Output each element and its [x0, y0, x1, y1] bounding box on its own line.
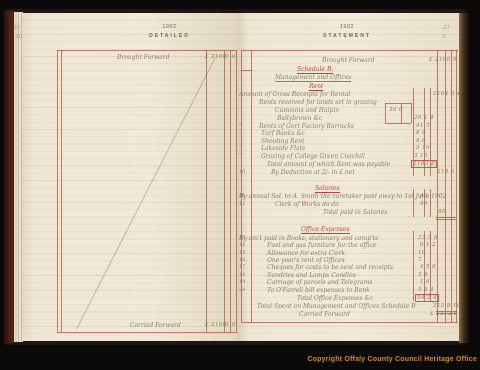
ledger-row: Ballybrown &c20 1 4: [237, 115, 459, 123]
ledger-entry-text: By annual Sal. to A. Smith the caretaker…: [239, 193, 446, 200]
rule-line: [436, 217, 456, 218]
ledger-entry-text: By Deduction at 2/- in £ net: [271, 169, 355, 176]
ledger-entry-text: Fuel and gas furniture for the office: [267, 242, 376, 249]
ledger-entry-text: Rents of Gort Factory Barracks: [259, 123, 354, 130]
ledger-entry-text: Cummins and Halpin: [275, 107, 339, 114]
ledger-row: Rents received for lands set in grazing: [237, 99, 459, 107]
rule-line: [430, 231, 431, 301]
ledger-entry-text: Total amount of which Rent was payable: [267, 161, 390, 168]
ledger-entry-text: Brought Forward: [117, 54, 170, 61]
rule-line: [61, 50, 62, 332]
ledger-row: 20To O'Farrell bill expenses to Bank5 8 …: [237, 287, 459, 295]
copyright-watermark: Copyright Offaly County Council Heritage…: [307, 356, 477, 363]
rule-line: [206, 50, 207, 332]
ledger-photo: 1902 DETAILED Brought Forward£ 210000Car…: [0, 0, 480, 370]
ledger-entry-text: Rents received for lands set in grazing: [259, 99, 377, 106]
ledger-row: Salaries: [237, 185, 459, 193]
ledger-amount: 5 10: [416, 145, 430, 151]
rule-line: [241, 50, 458, 51]
left-folio-number: 20: [13, 25, 20, 31]
rule-line: [241, 322, 458, 323]
rule-line: [430, 88, 431, 176]
ledger-row: Brought Forward£ 210000: [22, 54, 237, 62]
ledger-row: Management and Offices: [237, 74, 459, 82]
margin-item-number: 10: [239, 169, 245, 175]
margin-item-number: 20: [239, 287, 245, 293]
ledger-entry-text: To O'Farrell bill expenses to Bank: [267, 287, 370, 294]
ledger-row: Carried Forward£ 210000: [22, 322, 237, 330]
ledger-row: Schedule B.: [237, 66, 459, 74]
ledger-entry-text: Sundries and Lamps Candles: [267, 272, 356, 279]
ledger-entry-text: Clerk of Works do do: [275, 201, 339, 208]
ledger-row: Carried Forward£ 2312 8 10: [237, 311, 459, 319]
rule-line: [224, 50, 225, 332]
rule-line: [437, 50, 438, 322]
ledger-entry-text: Carriage of parcels and Telegrams: [267, 279, 372, 286]
ledger-row: Total amount of which Rent was payable21…: [237, 161, 459, 169]
ledger-entry-text: Turf Banks &c: [261, 130, 305, 137]
ledger-entry-text: Total Office Expenses &c: [297, 295, 373, 302]
rule-line: [430, 189, 431, 217]
ledger-row: "Turf Banks &c8 9: [237, 130, 459, 138]
margin-item-number: 12: [239, 201, 245, 207]
ledger-row: Total paid in Salaries80: [237, 209, 459, 217]
rule-line: [424, 189, 425, 217]
rule-line: [456, 50, 457, 322]
ledger-row: 14Fuel and gas furniture for the office6…: [237, 242, 459, 250]
ledger-amount: 3 9: [418, 272, 428, 278]
rule-line: [436, 219, 456, 220]
ledger-amount: 4 5 6: [420, 264, 436, 270]
margin-item-number: 18: [239, 272, 245, 278]
rule-line: [401, 103, 402, 123]
rule-line: [413, 88, 414, 176]
ledger-amount: 41 3: [416, 123, 430, 129]
ledger-entry-text: Cheques for costs to be sent and receipt…: [267, 264, 393, 271]
ledger-amount: 5 8 4: [418, 287, 434, 293]
ledger-row: 11By annual Sal. to A. Smith the caretak…: [237, 193, 459, 201]
ledger-amount: 54 2 4: [416, 295, 438, 301]
book-fore-edge: [459, 13, 469, 343]
ledger-entry-text: Salaries: [315, 185, 340, 193]
ledger-row: Office Expenses: [237, 226, 459, 234]
right-page-entries: Brought Forward£ 2100 0 0Schedule B.Mana…: [237, 13, 459, 341]
right-folio-number: 21: [443, 25, 450, 31]
rule-line: [385, 103, 386, 123]
rule-line: [57, 50, 237, 51]
rule-line: [424, 231, 425, 301]
ledger-entry-text: Lakeside Flats: [261, 145, 305, 152]
rule-line: [230, 50, 231, 332]
margin-item-number: 17: [239, 264, 245, 270]
rule-line: [241, 70, 251, 71]
right-page: 1902 STATEMENT Brought Forward£ 2100 0 0…: [237, 13, 459, 341]
rule-line: [251, 50, 252, 322]
rule-line: [436, 311, 456, 312]
ledger-entry-text: Management and Offices: [275, 74, 351, 82]
rule-line: [413, 231, 414, 301]
ledger-entry-text: Ballybrown &c: [277, 115, 322, 122]
ledger-amount: 0: [225, 54, 229, 60]
margin-item-number: 15: [239, 250, 245, 256]
ledger-amount: 23 5 6: [418, 235, 438, 241]
ledger-row: Cummins and Halpin30 0: [237, 107, 459, 115]
margin-item-number: 11: [239, 193, 245, 199]
ledger-entry-text: One year's rent of Offices: [267, 257, 345, 264]
ledger-row: 10By Deduction at 2/- in £ net218 6: [237, 169, 459, 177]
ledger-entry-text: Total Spent on Management and Offices Sc…: [257, 303, 416, 310]
ledger-amount: 7: [418, 257, 422, 263]
ledger-row: Amount of Gross Receipts for Rental2104 …: [237, 91, 459, 99]
ledger-row: Brought Forward£ 2100 0 0: [237, 57, 459, 65]
ledger-row: 12Clerk of Works do do40: [237, 201, 459, 209]
ledger-entry-text: Carried Forward: [299, 311, 350, 318]
left-page-entries: Brought Forward£ 210000Carried Forward£ …: [22, 13, 237, 341]
ledger-row: Total Spent on Management and Offices Sc…: [237, 303, 459, 311]
ledger-entry-text: Allowance for extra Clerk: [267, 250, 345, 257]
right-folio-mark: 2: [442, 34, 446, 40]
rule-line: [385, 103, 411, 104]
ledger-row: "Grazing of College Green Coachill3 10: [237, 153, 459, 161]
ledger-entry-text: Total paid in Salaries: [323, 209, 387, 216]
ledger-entry-text: Schedule B.: [297, 66, 333, 74]
rule-line: [57, 50, 58, 332]
rule-line: [385, 123, 411, 124]
ledger-amount: 6 1 2: [420, 242, 436, 248]
rule-line: [451, 50, 452, 322]
margin-item-number: 16: [239, 257, 245, 263]
ledger-entry-text: Office Expenses: [301, 226, 350, 234]
margin-item-number: 19: [239, 279, 245, 285]
ledger-entry-text: Rent: [309, 83, 323, 91]
ledger-amount: 0: [225, 322, 229, 328]
ledger-entry-text: Amount of Gross Receipts for Rental: [239, 91, 350, 98]
rule-line: [413, 189, 414, 217]
ledger-entry-text: Brought Forward: [322, 57, 375, 64]
margin-item-number: 14: [239, 242, 245, 248]
rule-line: [436, 313, 456, 314]
ledger-row: Rent: [237, 83, 459, 91]
ledger-row: 17Cheques for costs to be sent and recei…: [237, 264, 459, 272]
rule-line: [57, 332, 237, 333]
rule-line: [424, 88, 425, 176]
ledger-entry-text: Shooting Rent: [261, 138, 305, 145]
rule-line: [241, 50, 242, 322]
ledger-row: Total Office Expenses &c54 2 4: [237, 295, 459, 303]
ledger-entry-text: Grazing of College Green Coachill: [261, 153, 365, 160]
ledger-amount: 3 10: [414, 153, 428, 159]
ledger-entry-text: By am't paid in Books, stationery and co…: [239, 235, 379, 242]
ledger-row: 19Carriage of parcels and Telegrams1 6: [237, 279, 459, 287]
left-folio-number-2: 20: [15, 34, 22, 40]
rule-line: [411, 103, 412, 123]
ledger-row: "Lakeside Flats5 10: [237, 145, 459, 153]
left-page: 1902 DETAILED Brought Forward£ 210000Car…: [22, 13, 237, 341]
rule-line: [445, 50, 446, 322]
ledger-entry-text: Carried Forward: [130, 322, 181, 329]
margin-item-number: 13: [239, 235, 245, 241]
